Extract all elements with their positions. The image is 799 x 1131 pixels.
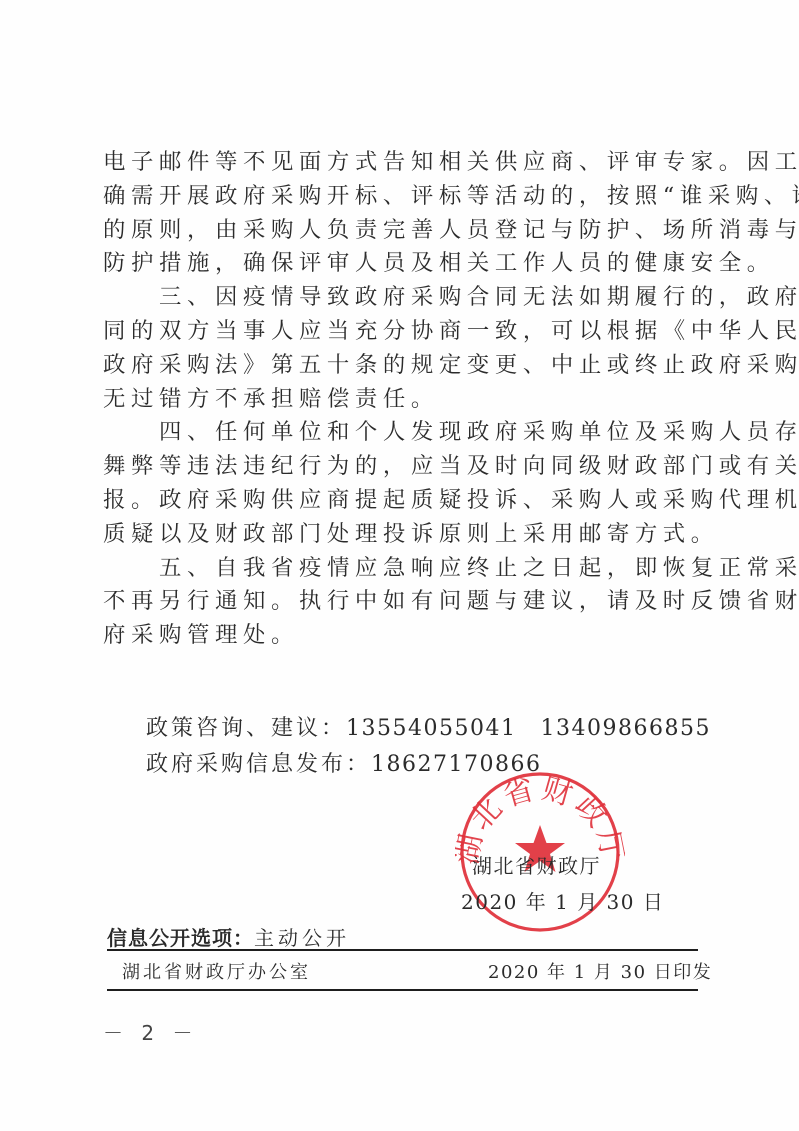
contact-label: 政府采购信息发布： xyxy=(146,752,371,777)
disclosure-label: 信息公开选项： xyxy=(107,926,254,950)
disclosure-option: 信息公开选项：主动公开 xyxy=(107,922,350,951)
text-line: 电子邮件等不见面方式告知相关供应商、评审专家。因工作需要 xyxy=(103,146,699,180)
phone-number: 13554055041 xyxy=(346,716,516,741)
text-line: 五、自我省疫情应急响应终止之日起，即恢复正常采购活动， xyxy=(103,552,699,586)
text-line: 防护措施，确保评审人员及相关工作人员的健康安全。 xyxy=(103,247,699,281)
text-line: 无过错方不承担赔偿责任。 xyxy=(103,383,699,417)
phone-number: 13409866855 xyxy=(540,716,710,741)
contact-info: 政策咨询、建议：1355405504113409866855 政府采购信息发布：… xyxy=(146,711,711,783)
issue-date: 2020 年 1 月 30 日印发 xyxy=(488,958,712,984)
divider-bottom xyxy=(107,989,698,991)
text-line: 的原则，由采购人负责完善人员登记与防护、场所消毒与通风等 xyxy=(103,214,699,248)
paragraph-continuation: 电子邮件等不见面方式告知相关供应商、评审专家。因工作需要 确需开展政府采购开标、… xyxy=(103,146,699,281)
document-body: 电子邮件等不见面方式告知相关供应商、评审专家。因工作需要 确需开展政府采购开标、… xyxy=(103,146,699,653)
signature-organization: 湖北省财政厅 xyxy=(472,850,601,879)
text-line: 报。政府采购供应商提起质疑投诉、采购人或采购代理机构答复 xyxy=(103,484,699,518)
text-line: 三、因疫情导致政府采购合同无法如期履行的，政府采购合 xyxy=(103,281,699,315)
page-number: － 2 － xyxy=(103,1017,198,1046)
contact-policy-consultation: 政策咨询、建议：1355405504113409866855 xyxy=(146,711,711,747)
paragraph-item-three: 三、因疫情导致政府采购合同无法如期履行的，政府采购合 同的双方当事人应当充分协商… xyxy=(103,281,699,416)
text-line: 舞弊等违法违纪行为的，应当及时向同级财政部门或有关部门举 xyxy=(103,450,699,484)
text-line: 不再另行通知。执行中如有问题与建议，请及时反馈省财政厅政 xyxy=(103,585,699,619)
divider-top xyxy=(107,949,698,951)
document-page: 电子邮件等不见面方式告知相关供应商、评审专家。因工作需要 确需开展政府采购开标、… xyxy=(0,0,799,1131)
signature-date: 2020 年 1 月 30 日 xyxy=(461,886,664,915)
disclosure-value: 主动公开 xyxy=(254,926,350,950)
text-line: 同的双方当事人应当充分协商一致，可以根据《中华人民共和国 xyxy=(103,315,699,349)
text-line: 府采购管理处。 xyxy=(103,619,699,653)
contact-info-release: 政府采购信息发布：18627170866 xyxy=(146,747,711,783)
text-line: 政府采购法》第五十条的规定变更、中止或终止政府采购合同。 xyxy=(103,349,699,383)
contact-label: 政策咨询、建议： xyxy=(146,716,346,741)
text-line: 质疑以及财政部门处理投诉原则上采用邮寄方式。 xyxy=(103,518,699,552)
paragraph-item-four: 四、任何单位和个人发现政府采购单位及采购人员存在徇私 舞弊等违法违纪行为的，应当… xyxy=(103,416,699,551)
paragraph-item-five: 五、自我省疫情应急响应终止之日起，即恢复正常采购活动， 不再另行通知。执行中如有… xyxy=(103,552,699,653)
issuer: 湖北省财政厅办公室 xyxy=(122,958,311,984)
text-line: 确需开展政府采购开标、评标等活动的，按照“谁采购、谁负责” xyxy=(103,180,699,214)
text-line: 四、任何单位和个人发现政府采购单位及采购人员存在徇私 xyxy=(103,416,699,450)
